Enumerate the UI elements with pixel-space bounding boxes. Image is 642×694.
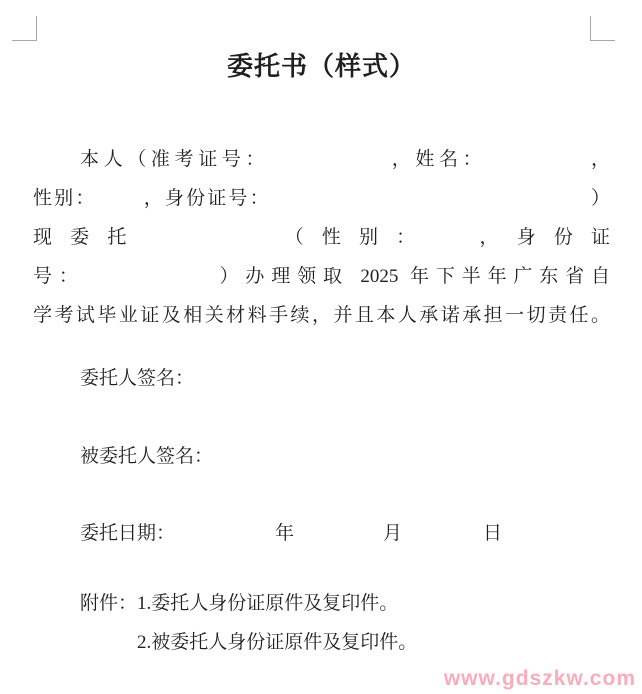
body-paragraph: 本人（准考证号：，姓名：， 性别：，身份证号：） 现委托（性别：，身份证 号：）… bbox=[33, 140, 610, 335]
site-watermark: www.gdszkw.com bbox=[444, 667, 636, 691]
applicant-intro-label: 本人（准考证号： bbox=[80, 149, 269, 170]
principal-signature-line: 委托人签名： bbox=[33, 366, 610, 392]
year-label: 年 bbox=[275, 523, 294, 544]
day-label: 日 bbox=[483, 523, 502, 544]
agent-id-label: ，身份证 bbox=[461, 227, 610, 248]
day-blank[interactable] bbox=[402, 537, 483, 539]
attachments-line-2: 2.被委托人身份证原件及复印件。 bbox=[33, 630, 642, 656]
agent-signature-line: 被委托人签名： bbox=[33, 444, 610, 470]
agent-name-blank[interactable] bbox=[145, 241, 267, 243]
year-blank[interactable] bbox=[175, 537, 275, 539]
attachments-label: 附件： bbox=[80, 593, 137, 614]
date-line: 委托日期：年月日 bbox=[33, 521, 610, 547]
crop-mark-top-right-icon bbox=[590, 16, 615, 41]
agent-gender-label: （性别： bbox=[267, 227, 434, 248]
gender-label: 性别： bbox=[33, 188, 97, 209]
gender-blank[interactable] bbox=[97, 202, 142, 204]
name-blank[interactable] bbox=[486, 163, 586, 165]
attachments-line-1: 附件：1.委托人身份证原件及复印件。 bbox=[33, 591, 610, 617]
close-paren-text: ） bbox=[589, 188, 610, 209]
date-label: 委托日期： bbox=[80, 523, 175, 544]
month-blank[interactable] bbox=[294, 537, 383, 539]
principal-signature-label: 委托人签名： bbox=[80, 368, 194, 389]
principal-indent bbox=[33, 382, 80, 384]
name-label: ，姓名： bbox=[387, 149, 486, 170]
comma-text: ， bbox=[586, 149, 610, 170]
attachment-item-1: 1.委托人身份证原件及复印件。 bbox=[137, 593, 398, 614]
month-label: 月 bbox=[383, 523, 402, 544]
agent-signature-label: 被委托人签名： bbox=[80, 446, 213, 467]
attachment-item-2: 2.被委托人身份证原件及复印件。 bbox=[137, 632, 417, 653]
body-line-3: 现委托（性别：，身份证 bbox=[33, 218, 610, 257]
id-number-blank[interactable] bbox=[271, 202, 589, 204]
agent-id-label-cont: 号： bbox=[33, 266, 85, 287]
purpose-text-cont: 学考试毕业证及相关材料手续，并且本人承诺承担一切责任。 bbox=[33, 305, 610, 326]
document-page: 委托书（样式） 本人（准考证号：，姓名：， 性别：，身份证号：） 现委托（性别：… bbox=[0, 0, 642, 694]
id-number-label: ，身份证号： bbox=[142, 188, 271, 209]
agent-signature-blank[interactable] bbox=[213, 460, 413, 462]
body-line-5: 学考试毕业证及相关材料手续，并且本人承诺承担一切责任。 bbox=[33, 296, 610, 335]
entrust-label: 现委托 bbox=[33, 227, 145, 248]
attachments-indent bbox=[33, 607, 80, 609]
body-line-4: 号：）办理领取 2025 年下半年广东省自 bbox=[33, 257, 610, 296]
date-indent bbox=[33, 537, 80, 539]
agent-indent bbox=[33, 460, 80, 462]
body-line-2: 性别：，身份证号：） bbox=[33, 179, 610, 218]
crop-mark-top-left-icon bbox=[12, 16, 37, 41]
agent-id-blank[interactable] bbox=[85, 280, 213, 282]
exam-number-blank[interactable] bbox=[269, 163, 387, 165]
purpose-text: ）办理领取 2025 年下半年广东省自 bbox=[213, 266, 610, 287]
agent-gender-blank[interactable] bbox=[433, 241, 461, 243]
body-line-1: 本人（准考证号：，姓名：， bbox=[33, 140, 610, 179]
document-title: 委托书（样式） bbox=[33, 46, 610, 83]
principal-signature-blank[interactable] bbox=[194, 382, 394, 384]
